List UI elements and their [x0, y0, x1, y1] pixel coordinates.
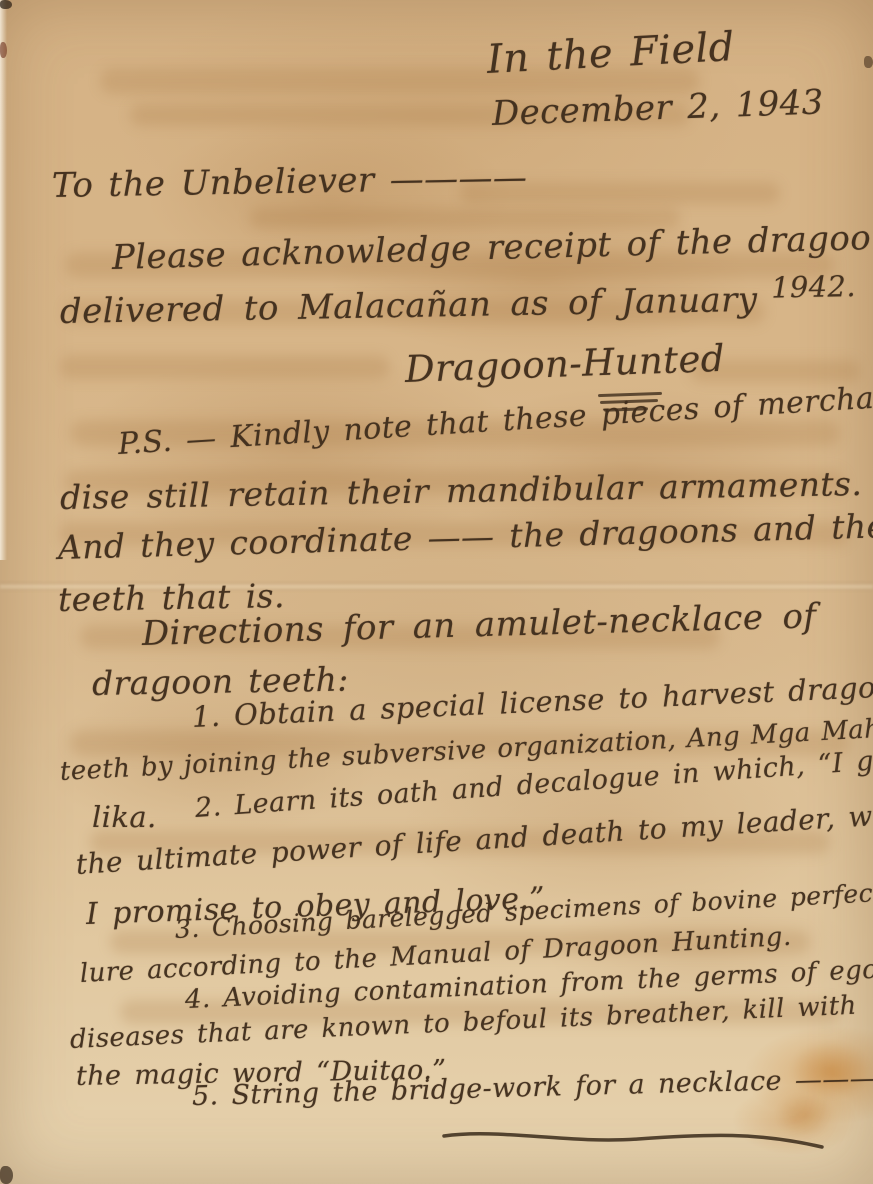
bleed-through-band: [60, 355, 390, 379]
speck-left-edge: [0, 42, 7, 58]
raised-year: 1942.: [771, 269, 856, 304]
salutation: To the Unbeliever ————: [52, 160, 528, 206]
direction-item-1-line: lika.: [92, 802, 157, 834]
dateline-location: In the Field: [486, 25, 736, 82]
letter-page: In the Field December 2, 1943 To the Unb…: [0, 0, 873, 1184]
ps-line: And they coordinate —— the dragoons and …: [58, 508, 873, 566]
dateline-date: December 2, 1943: [491, 84, 824, 133]
closing-flourish-line: [438, 1120, 828, 1160]
corner-speck-top-left: [0, 0, 12, 9]
ps-line: P.S. — Kindly note that these pieces of …: [117, 380, 873, 461]
corner-speck-top-right: [864, 56, 873, 68]
corner-speck-bottom-left: [0, 1166, 13, 1184]
section-heading: Dragoon-Hunted: [404, 339, 725, 391]
body-line-text: delivered to Malacañan as of January: [60, 280, 758, 332]
scan-edge-left: [0, 0, 7, 560]
